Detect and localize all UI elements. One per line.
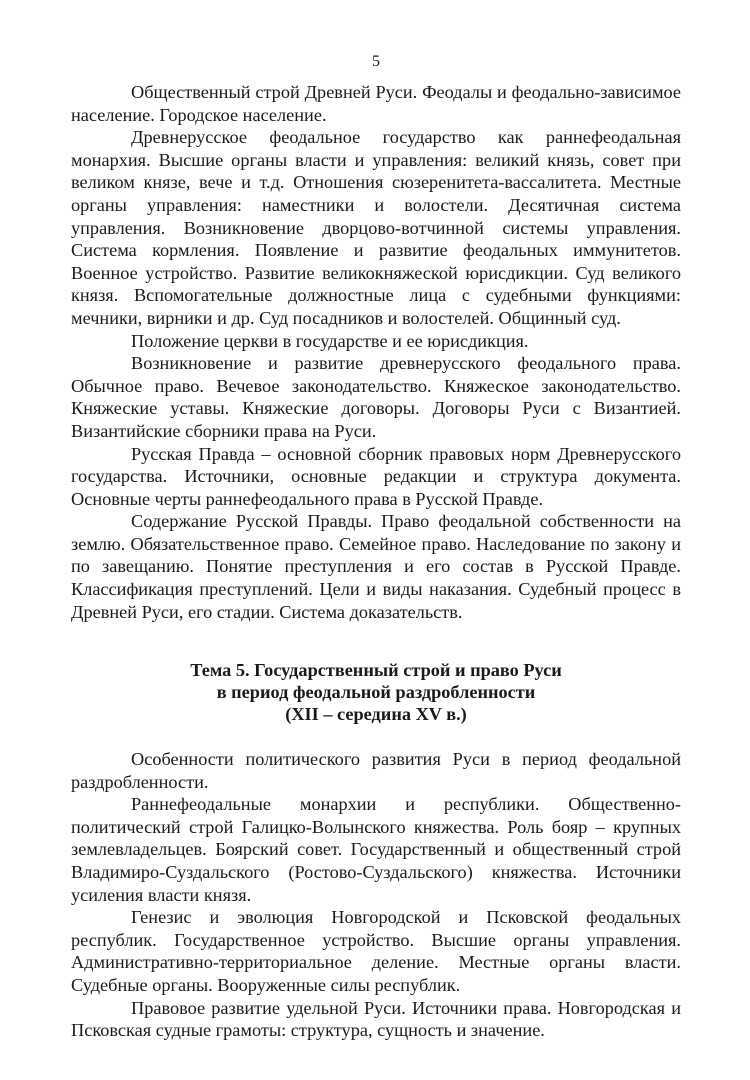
paragraph-legal-development: Правовое развитие удельной Руси. Источни… <box>71 997 681 1042</box>
paragraph-state-structure: Древнерусское феодальное государство как… <box>71 126 681 329</box>
paragraph-novgorod-pskov: Генезис и эволюция Новгородской и Псковс… <box>71 906 681 996</box>
topic-heading-line-3: (XII – середина XV в.) <box>71 703 681 725</box>
paragraph-church: Положение церкви в государстве и ее юрис… <box>71 330 681 353</box>
paragraph-political-development: Особенности политического развития Руси … <box>71 748 681 793</box>
paragraph-russkaya-pravda: Русская Правда – основной сборник правов… <box>71 443 681 511</box>
topic-heading: Тема 5. Государственный строй и право Ру… <box>71 659 681 725</box>
topic-heading-line-1: Тема 5. Государственный строй и право Ру… <box>71 659 681 681</box>
paragraph-law-origins: Возникновение и развитие древнерусского … <box>71 352 681 442</box>
page-number: 5 <box>71 52 681 72</box>
section-ancient-rus: Общественный строй Древней Руси. Феодалы… <box>71 81 681 623</box>
section-feudal-fragmentation: Особенности политического развития Руси … <box>71 748 681 1042</box>
topic-heading-line-2: в период феодальной раздробленности <box>71 681 681 703</box>
paragraph-social-structure: Общественный строй Древней Руси. Феодалы… <box>71 81 681 126</box>
paragraph-monarchies-republics: Раннефеодальные монархии и республики. О… <box>71 793 681 906</box>
paragraph-pravda-content: Содержание Русской Правды. Право феодаль… <box>71 510 681 623</box>
